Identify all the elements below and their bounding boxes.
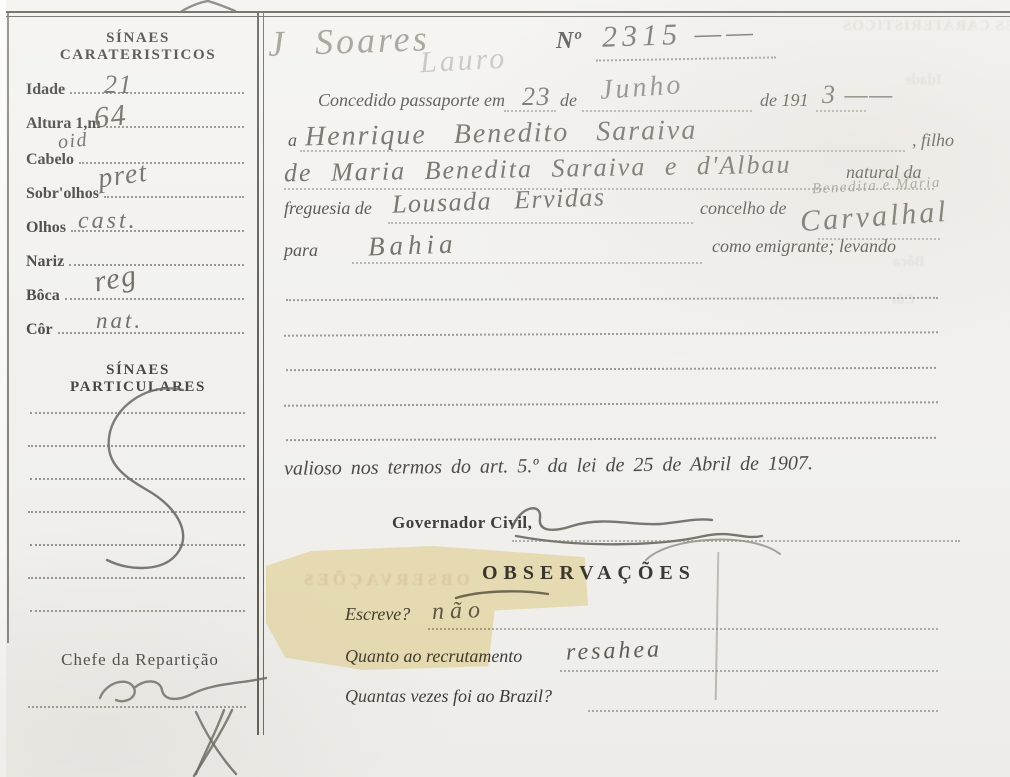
- blank-dotted-line: [286, 437, 936, 441]
- question-recrutamento-label: Quanto ao recrutamento: [345, 646, 522, 667]
- dotted-fill-line: [69, 250, 244, 266]
- field-row-idade: Idade 21: [26, 78, 244, 99]
- blank-dotted-line: [28, 511, 245, 513]
- handwritten-parents: de Maria Benedita Saraiva e d'Albau: [284, 150, 792, 189]
- handwritten-year-digit: 3 ——: [822, 80, 894, 110]
- handwritten-day: 23: [522, 82, 551, 112]
- fill-dotted-line: [284, 188, 934, 190]
- ghost-bleed-title: SÍNAES CARATERISTICOS: [842, 18, 1010, 35]
- signature-tail-flourish: [640, 532, 785, 562]
- legal-validity-line: valioso nos termos do art. 5.º da lei de…: [284, 452, 813, 481]
- chefe-label: Chefe da Repartição: [40, 650, 240, 670]
- x-mark-scribble: [184, 708, 246, 777]
- field-label-idade: Idade: [26, 81, 65, 99]
- blank-dotted-line: [30, 544, 245, 546]
- blank-dotted-line: [28, 445, 245, 447]
- signature-dotted-line: [512, 540, 960, 542]
- field-row-olhos: Olhos cast.: [26, 216, 244, 237]
- printed-text-de: de: [560, 90, 577, 111]
- printed-text-para: para: [284, 240, 318, 261]
- particulares-title: SÍNAES PARTICULARES: [38, 362, 238, 396]
- printed-text-como-emigrante: como emigrante; levando: [712, 236, 896, 257]
- top-double-rule: [6, 11, 1010, 17]
- printed-text-a: a: [288, 130, 297, 151]
- number-handwritten-value: 2315 ——: [601, 15, 758, 54]
- handwritten-escreve-answer: não: [432, 597, 487, 626]
- handwritten-overlay-names: Benedita e Maria: [812, 175, 942, 199]
- field-label-cor: Côr: [26, 321, 53, 339]
- fill-dotted-line: [300, 150, 905, 152]
- column-divider-rule: [257, 12, 264, 735]
- dotted-fill-line: [58, 318, 244, 334]
- field-label-sobrolhos: Sobr'olhos: [26, 185, 99, 203]
- blank-dotted-line: [284, 331, 938, 336]
- ghost-bleed-observacoes: OBSERVAÇÕES: [300, 570, 470, 590]
- pencil-annotation-name-2: Lauro: [419, 42, 508, 81]
- fill-dotted-line: [388, 222, 693, 224]
- dotted-fill-line: [70, 78, 244, 94]
- question-brazil-label: Quantas vezes foi ao Brazil?: [345, 686, 552, 707]
- handwritten-olhos-value: cast.: [78, 208, 138, 235]
- signature-dotted-line: [28, 706, 246, 708]
- handwritten-idade-value: 21: [104, 70, 133, 100]
- blank-dotted-line: [286, 367, 936, 371]
- handwritten-bearer-name: Henrique Benedito Saraiva: [305, 115, 698, 154]
- field-label-cabelo: Cabelo: [26, 151, 74, 169]
- number-label: Nº: [556, 28, 581, 55]
- dotted-fill-line: [65, 284, 244, 300]
- ghost-bleed-cor: Côr: [890, 292, 915, 309]
- ghost-bleed-boca: Bôca: [893, 254, 925, 271]
- answer-dotted-line: [560, 670, 938, 672]
- blank-dotted-line: [30, 478, 245, 480]
- blank-dotted-line: [286, 297, 938, 301]
- blank-dotted-line: [30, 412, 245, 414]
- answer-dotted-line: [588, 710, 938, 712]
- fill-dotted-line: [582, 110, 752, 112]
- field-label-nariz: Nariz: [26, 253, 64, 271]
- handwritten-month: Junho: [599, 69, 684, 107]
- printed-text-de191: de 191: [760, 90, 809, 111]
- ghost-bleed-idade: Idade: [905, 72, 942, 89]
- left-column-title: SÍNAES CARATERISTICOS: [38, 30, 238, 64]
- field-label-boca: Bôca: [26, 287, 60, 305]
- scanned-passport-registry-card: SÍNAES CARATERISTICOS Idade Altura Bôca …: [0, 0, 1010, 777]
- handwritten-altura-value: 64: [92, 98, 128, 135]
- printed-text-concedido: Concedido passaporte em: [318, 90, 505, 111]
- field-row-sobrolhos: Sobr'olhos pret: [26, 182, 244, 203]
- fill-dotted-line: [504, 110, 556, 112]
- printed-text-filho: , filho: [912, 130, 954, 151]
- governador-label: Governador Civil,: [392, 513, 532, 533]
- handwritten-destination: Bahia: [367, 228, 458, 262]
- fill-dotted-line: [352, 262, 702, 264]
- handwritten-recrutamento-answer: resahea: [566, 636, 663, 666]
- field-row-altura: Altura 1,m 64: [26, 112, 244, 133]
- handwritten-concelho-value: Carvalhal: [799, 195, 950, 239]
- blank-dotted-line: [284, 401, 938, 406]
- number-dotted-underline: [596, 56, 776, 61]
- card-left-border: [7, 13, 9, 643]
- printed-text-concelho: concelho de: [700, 198, 786, 219]
- printed-text-freguesia: freguesia de: [284, 198, 372, 219]
- paper-crease-line: [715, 552, 720, 700]
- blank-dotted-line: [30, 610, 245, 612]
- handwritten-cor-value: nat.: [96, 308, 143, 334]
- handwritten-cabelo-value: oid: [57, 129, 89, 155]
- field-label-olhos: Olhos: [26, 219, 66, 237]
- s-curve-strikeout-mark: [55, 380, 225, 585]
- governador-signature-scribble: [500, 496, 800, 556]
- scan-edge-strip: [0, 0, 6, 777]
- answer-dotted-line: [428, 628, 938, 630]
- top-tick-mark: [178, 0, 238, 12]
- blank-dotted-line: [28, 577, 245, 579]
- fill-dotted-line: [816, 110, 866, 112]
- pencil-annotation-name: J Soares: [267, 17, 430, 65]
- handwritten-freguesia-value: Lousada Ervidas: [392, 182, 606, 219]
- observacoes-title: OBSERVAÇÕES: [482, 562, 696, 585]
- question-escreve-label: Escreve?: [345, 604, 410, 625]
- field-row-boca: Bôca reg: [26, 284, 244, 305]
- field-row-cor: Côr nat.: [26, 318, 244, 339]
